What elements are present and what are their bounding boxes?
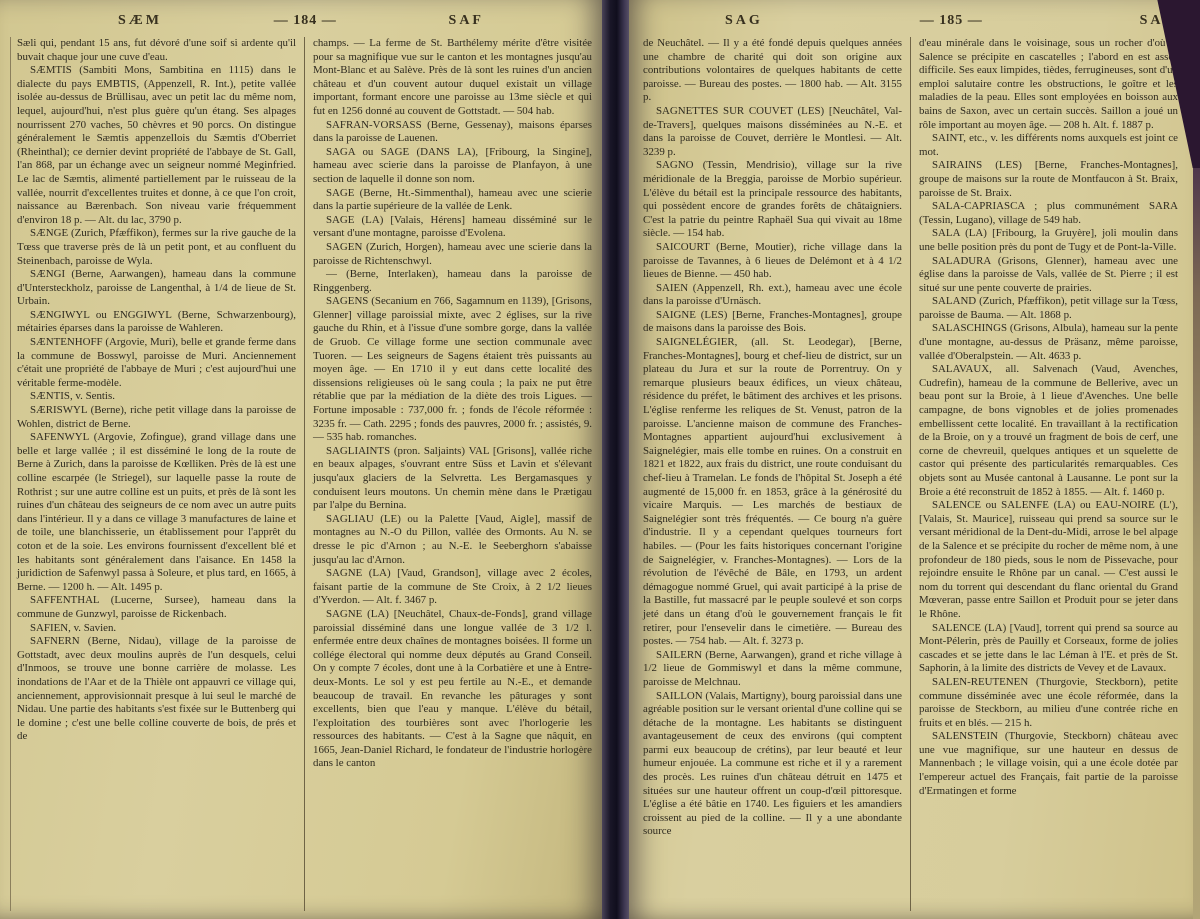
entry-paragraph: SAILLON (Valais, Martigny), bourg parois…: [643, 690, 902, 840]
entry-paragraph: SAINT, etc., v. les différents noms auxq…: [919, 132, 1178, 159]
entry-paragraph: — (Berne, Interlaken), hameau dans la pa…: [313, 268, 592, 295]
entry-paragraph: SÆRISWYL (Berne), riche petit village da…: [17, 404, 296, 431]
entry-paragraph: SAIEN (Appenzell, Rh. ext.), hameau avec…: [643, 282, 902, 309]
left-page: SÆM — 184 — SAF Sæli qui, pendant 15 ans…: [0, 0, 604, 919]
entry-paragraph: SAIRAINS (LES) [Berne, Franches-Montagne…: [919, 159, 1178, 200]
entry-paragraph: SAIGNE (LES) [Berne, Franches-Montagnes]…: [643, 309, 902, 336]
text-column-3: de Neuchâtel. — Il y a été fondé depuis …: [637, 37, 908, 911]
entry-paragraph: SAICOURT (Berne, Moutier), riche village…: [643, 241, 902, 282]
entry-paragraph: SAGNE (LA) [Neuchâtel, Chaux-de-Fonds], …: [313, 608, 592, 771]
column-divider: [910, 37, 911, 911]
book-photo: SÆM — 184 — SAF Sæli qui, pendant 15 ans…: [0, 0, 1200, 919]
entry-paragraph: de Neuchâtel. — Il y a été fondé depuis …: [643, 37, 902, 105]
page-number: — 185 —: [920, 13, 983, 29]
entry-paragraph: SAGLIAU (LE) ou la Palette [Vaud, Aigle]…: [313, 513, 592, 567]
text-column-1: Sæli qui, pendant 15 ans, fut dévoré d'u…: [11, 37, 302, 911]
column-divider: [304, 37, 305, 911]
entry-paragraph: SÆNTIS, v. Sentis.: [17, 390, 296, 404]
entry-paragraph: SAIGNELÉGIER, (all. St. Leodegar), [Bern…: [643, 336, 902, 649]
entry-paragraph: SAFNERN (Berne, Nidau), village de la pa…: [17, 635, 296, 744]
entry-paragraph: SÆNGIWYL ou ENGGIWYL (Berne, Schwarzenbo…: [17, 309, 296, 336]
right-page-columns: de Neuchâtel. — Il y a été fondé depuis …: [637, 37, 1184, 911]
entry-paragraph: SALAND (Zurich, Pfæffikon), petit villag…: [919, 295, 1178, 322]
entry-paragraph: SALASCHINGS (Grisons, Albula), hameau su…: [919, 322, 1178, 363]
entry-paragraph: SAGLIAINTS (pron. Saljaints) VAL [Grison…: [313, 445, 592, 513]
page-number: — 184 —: [274, 13, 337, 29]
entry-paragraph: SAFRAN-VORSASS (Berne, Gessenay), maison…: [313, 119, 592, 146]
entry-paragraph: SALA (LA) [Fribourg, la Gruyère], joli m…: [919, 227, 1178, 254]
entry-paragraph: SAGNETTES SUR COUVET (LES) [Neuchâtel, V…: [643, 105, 902, 159]
running-head-left-page: SÆM — 184 — SAF: [0, 0, 604, 29]
entry-paragraph: SALADURA (Grisons, Glenner), hameau avec…: [919, 255, 1178, 296]
entry-paragraph: SALAVAUX, all. Salvenach (Vaud, Avenches…: [919, 363, 1178, 499]
entry-paragraph: SÆNGI (Berne, Aarwangen), hameau dans la…: [17, 268, 296, 309]
entry-paragraph: SÆNTENHOFF (Argovie, Muri), belle et gra…: [17, 336, 296, 390]
book-gutter: [602, 0, 629, 919]
entry-paragraph: SAFIEN, v. Savien.: [17, 622, 296, 636]
entry-paragraph: SÆNGE (Zurich, Pfæffikon), fermes sur la…: [17, 227, 296, 268]
entry-paragraph: SAFENWYL (Argovie, Zofingue), grand vill…: [17, 431, 296, 594]
text-column-2: champs. — La ferme de St. Barthélemy mér…: [307, 37, 598, 911]
entry-paragraph: SAGA ou SAGE (DANS LA), [Fribourg, la Si…: [313, 146, 592, 187]
right-page: SAG — 185 — SAI de Neuchâtel. — Il y a é…: [629, 0, 1194, 919]
entry-paragraph: SAGNO (Tessin, Mendrisio), village sur l…: [643, 159, 902, 241]
entry-paragraph: SAGE (Berne, Ht.-Simmenthal), hameau ave…: [313, 187, 592, 214]
running-head-section-right: SAF: [449, 13, 484, 29]
entry-paragraph: SÆMTIS (Sambiti Mons, Sambitina en 1115)…: [17, 64, 296, 227]
running-head-section-left: SÆM: [118, 13, 162, 29]
entry-paragraph: SALENCE ou SALENFE (LA) ou EAU-NOIRE (L'…: [919, 499, 1178, 621]
entry-paragraph: SAGEN (Zurich, Horgen), hameau avec une …: [313, 241, 592, 268]
entry-paragraph: SALEN-REUTENEN (Thurgovie, Steckborn), p…: [919, 676, 1178, 730]
entry-paragraph: SALENCE (LA) [Vaud], torrent qui prend s…: [919, 622, 1178, 676]
entry-paragraph: champs. — La ferme de St. Barthélemy mér…: [313, 37, 592, 119]
entry-paragraph: SAGNE (LA) [Vaud, Grandson], village ave…: [313, 567, 592, 608]
entry-paragraph: SAFFENTHAL (Lucerne, Sursee), hameau dan…: [17, 594, 296, 621]
entry-paragraph: d'eau minérale dans le voisinage, sous u…: [919, 37, 1178, 132]
entry-paragraph: SAGENS (Secanium en 766, Sagamnum en 113…: [313, 295, 592, 445]
entry-paragraph: SALENSTEIN (Thurgovie, Steckborn) châtea…: [919, 730, 1178, 798]
entry-paragraph: SALA-CAPRIASCA ; plus communément SARA (…: [919, 200, 1178, 227]
entry-paragraph: SAILERN (Berne, Aarwangen), grand et ric…: [643, 649, 902, 690]
text-column-4: d'eau minérale dans le voisinage, sous u…: [913, 37, 1184, 911]
left-page-columns: Sæli qui, pendant 15 ans, fut dévoré d'u…: [10, 37, 598, 911]
entry-paragraph: SAGE (LA) [Valais, Hérens] hameau dissém…: [313, 214, 592, 241]
entry-paragraph: Sæli qui, pendant 15 ans, fut dévoré d'u…: [17, 37, 296, 64]
running-head-right-page: SAG — 185 — SAI: [629, 0, 1194, 29]
running-head-section-left: SAG: [725, 13, 763, 29]
